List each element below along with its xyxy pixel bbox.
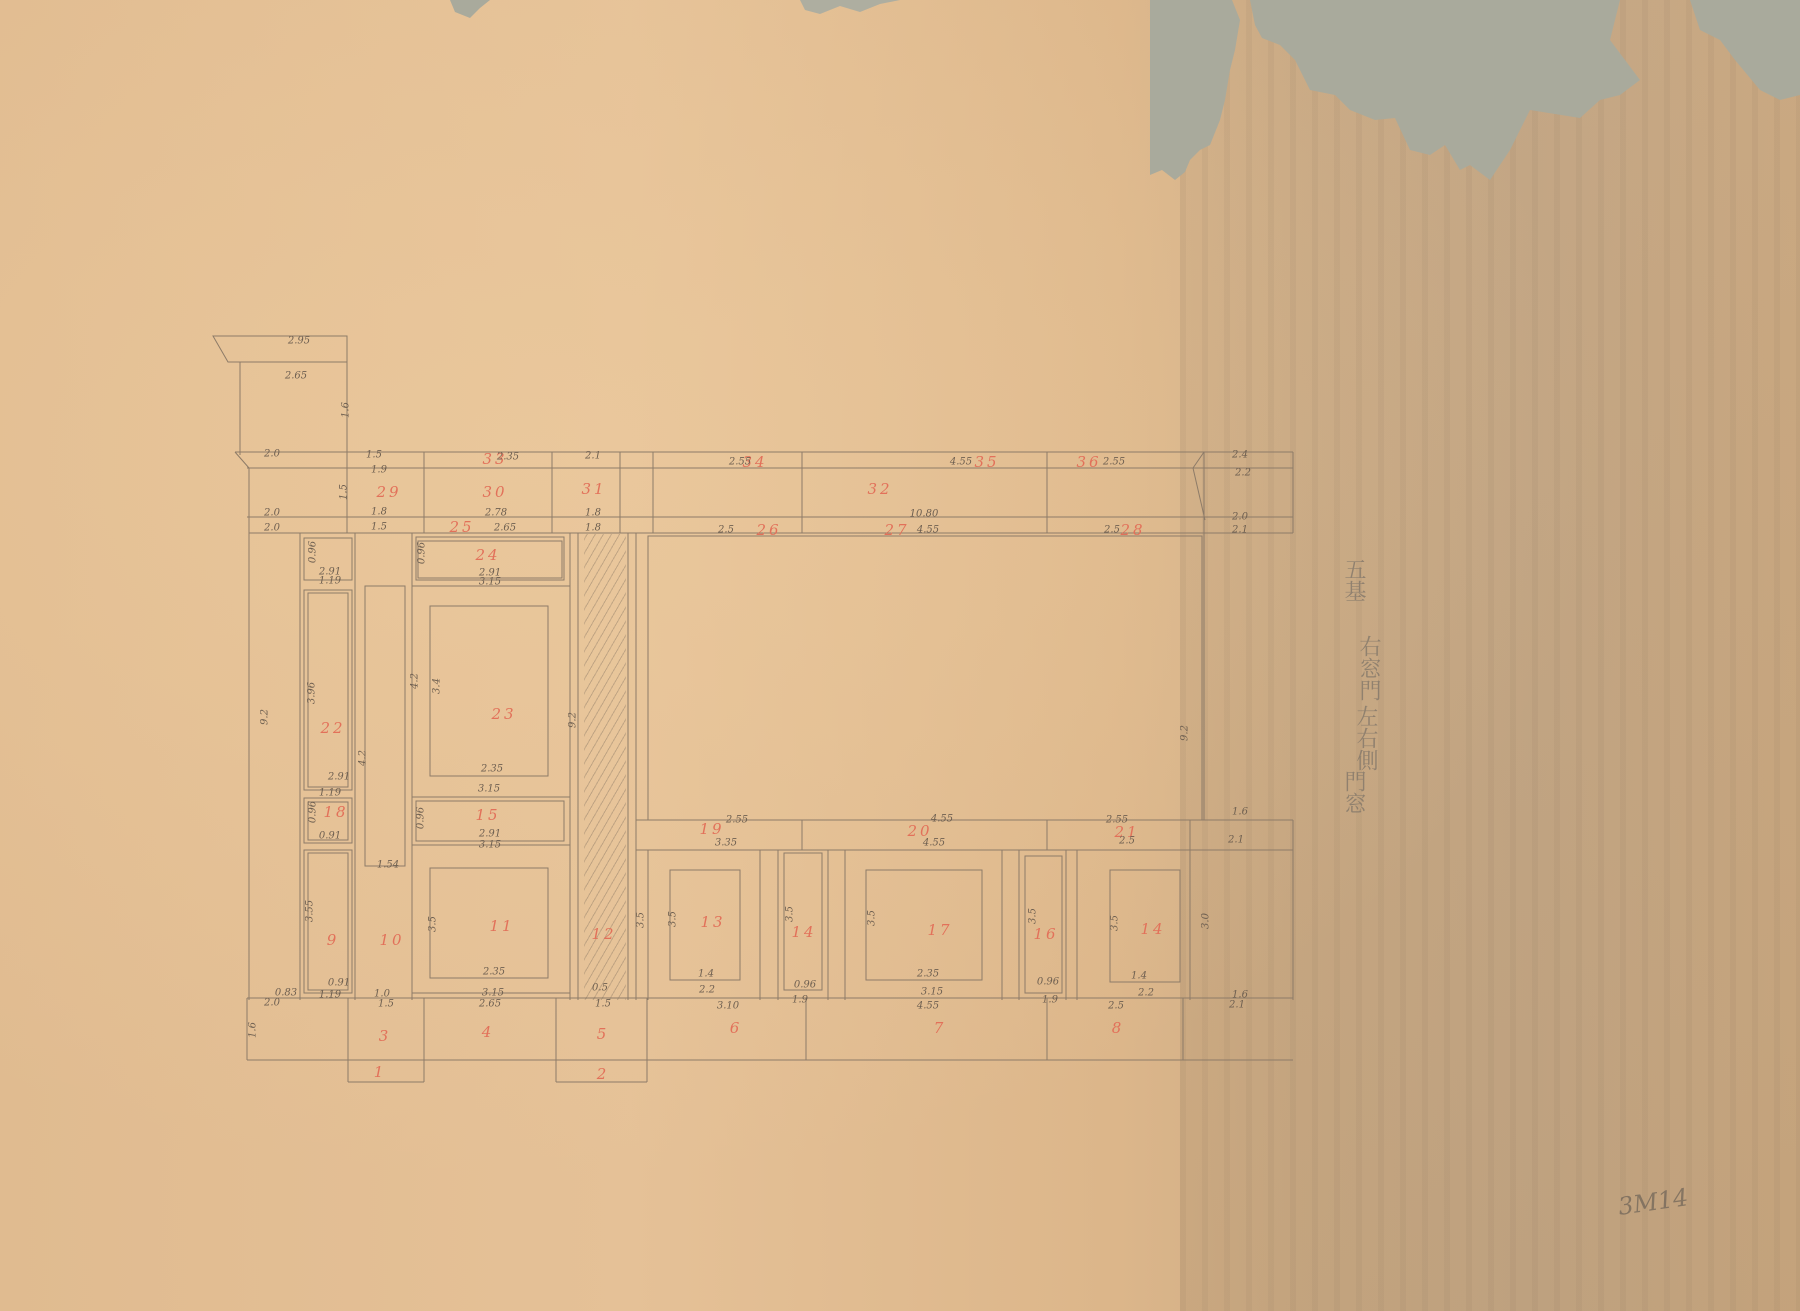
part-number-label: 6 — [730, 1019, 743, 1037]
dimension-label: 2.0 — [264, 508, 280, 519]
dimension-label: 3.5 — [636, 912, 647, 928]
dimension-label: 2.91 — [328, 772, 350, 783]
part-number-label: 12 — [591, 925, 616, 943]
dimension-label: 2.1 — [1232, 525, 1248, 536]
part-number-label: 36 — [1076, 453, 1101, 471]
dimension-label: 1.9 — [1042, 995, 1058, 1006]
dimension-label: 2.55 — [726, 815, 748, 826]
dimension-label: 2.55 — [729, 457, 751, 468]
dimension-label: 1.6 — [248, 1022, 259, 1038]
part-number-label: 7 — [934, 1019, 947, 1037]
part-number-label: 14 — [1140, 920, 1165, 938]
dimension-label: 2.5 — [718, 525, 734, 536]
dimension-label: 2.1 — [1228, 835, 1244, 846]
dimension-label: 1.19 — [319, 990, 341, 1001]
dimension-label: 1.6 — [1232, 807, 1248, 818]
part-number-label: 5 — [597, 1025, 610, 1043]
dimension-label: 4.55 — [931, 814, 953, 825]
dimension-label: 2.78 — [485, 508, 507, 519]
dimension-label: 2.1 — [1229, 1000, 1245, 1011]
dimension-label: 2.95 — [288, 336, 310, 347]
dimension-label: 1.5 — [595, 999, 611, 1010]
part-number-label: 15 — [475, 806, 500, 824]
dimension-label: 3.5 — [1110, 915, 1121, 931]
dimension-label: 2.35 — [481, 764, 503, 775]
dimension-label: 3.5 — [867, 910, 878, 926]
dimension-label: 2.91 — [479, 829, 501, 840]
kanji-annotation: 左右側 — [1350, 705, 1381, 771]
dimension-label: 0.5 — [592, 983, 608, 994]
dimension-label: 1.4 — [698, 969, 714, 980]
dimension-label: 2.35 — [917, 969, 939, 980]
dimension-label: 3.15 — [478, 784, 500, 795]
dimension-label: 3.35 — [715, 838, 737, 849]
dimension-label: 1.5 — [371, 522, 387, 533]
dimension-label: 1.19 — [319, 788, 341, 799]
kanji-annotation: 五基 — [1338, 558, 1369, 602]
elevation-linework — [0, 0, 1800, 1311]
part-number-label: 18 — [323, 803, 348, 821]
dimension-label: 2.0 — [264, 523, 280, 534]
part-number-label: 31 — [581, 480, 606, 498]
part-number-label: 4 — [482, 1023, 495, 1041]
dimension-label: 1.54 — [377, 860, 399, 871]
dimension-label: 3.10 — [717, 1001, 739, 1012]
part-number-label: 29 — [376, 483, 401, 501]
dimension-label: 2.1 — [585, 451, 601, 462]
part-number-label: 24 — [475, 546, 500, 564]
part-number-label: 1 — [374, 1063, 387, 1081]
dimension-label: 9.2 — [1180, 725, 1191, 741]
dimension-label: 0.96 — [417, 542, 428, 564]
dimension-label: 4.55 — [917, 1001, 939, 1012]
part-number-label: 8 — [1112, 1019, 1125, 1037]
part-number-label: 3 — [379, 1027, 392, 1045]
dimension-label: 2.0 — [264, 449, 280, 460]
part-number-label: 16 — [1033, 925, 1058, 943]
dimension-label: 3.5 — [1028, 908, 1039, 924]
dimension-label: 4.2 — [358, 750, 369, 766]
dimension-label: 1.8 — [371, 507, 387, 518]
part-number-label: 17 — [927, 921, 952, 939]
part-number-label: 30 — [482, 483, 507, 501]
part-number-label: 27 — [884, 521, 909, 539]
dimension-label: 0.96 — [308, 801, 319, 823]
dimension-label: 1.5 — [366, 450, 382, 461]
dimension-label: 1.8 — [585, 508, 601, 519]
part-number-label: 26 — [756, 521, 781, 539]
dimension-label: 3.5 — [428, 916, 439, 932]
dimension-label: 2.55 — [1103, 457, 1125, 468]
dimension-label: 2.0 — [264, 998, 280, 1009]
part-number-label: 28 — [1120, 521, 1145, 539]
dimension-label: 1.8 — [585, 523, 601, 534]
dimension-label: 3.5 — [668, 911, 679, 927]
dimension-label: 3.15 — [479, 577, 501, 588]
dimension-label: 10.80 — [910, 509, 939, 520]
dimension-label: 3.15 — [479, 840, 501, 851]
dimension-label: 0.96 — [308, 541, 319, 563]
dimension-label: 0.96 — [1037, 977, 1059, 988]
dimension-label: 3.96 — [307, 682, 318, 704]
dimension-label: 0.96 — [416, 807, 427, 829]
part-number-label: 32 — [867, 480, 892, 498]
dimension-label: 4.55 — [923, 838, 945, 849]
dimension-label: 0.96 — [794, 980, 816, 991]
part-number-label: 10 — [379, 931, 404, 949]
kanji-annotation: 門窓 — [1338, 770, 1369, 814]
dimension-label: 0.91 — [328, 978, 350, 989]
dimension-label: 2.0 — [1232, 512, 1248, 523]
dimension-label: 3.55 — [305, 900, 316, 922]
dimension-label: 2.2 — [1235, 468, 1251, 479]
dimension-label: 1.4 — [1131, 971, 1147, 982]
dimension-label: 4.55 — [950, 457, 972, 468]
part-number-label: 19 — [699, 820, 724, 838]
kanji-annotation: 右窓門 — [1353, 635, 1384, 701]
dimension-label: 2.5 — [1108, 1001, 1124, 1012]
dimension-label: 2.2 — [699, 985, 715, 996]
dimension-label: 3.4 — [432, 678, 443, 694]
dimension-label: 2.55 — [1106, 815, 1128, 826]
dimension-label: 1.9 — [371, 465, 387, 476]
dimension-label: 1.6 — [341, 402, 352, 418]
dimension-label: 3.15 — [482, 988, 504, 999]
part-number-label: 9 — [327, 931, 340, 949]
dimension-label: 2.5 — [1119, 836, 1135, 847]
dimension-label: 1.5 — [339, 484, 350, 500]
part-number-label: 14 — [791, 923, 816, 941]
dimension-label: 4.2 — [410, 673, 421, 689]
part-number-label: 11 — [489, 917, 514, 935]
dimension-label: 9.2 — [260, 709, 271, 725]
dimension-label: 3.0 — [1201, 913, 1212, 929]
dimension-label: 1.9 — [792, 995, 808, 1006]
part-number-label: 23 — [491, 705, 516, 723]
part-number-label: 22 — [320, 719, 345, 737]
dimension-label: 1.19 — [319, 576, 341, 587]
dimension-label: 2.5 — [1104, 525, 1120, 536]
dimension-label: 2.4 — [1232, 450, 1248, 461]
dimension-label: 1.5 — [378, 999, 394, 1010]
dimension-label: 2.2 — [1138, 988, 1154, 999]
part-number-label: 25 — [449, 518, 474, 536]
dimension-label: 3.15 — [921, 987, 943, 998]
dimension-label: 9.2 — [568, 712, 579, 728]
dimension-label: 2.35 — [497, 452, 519, 463]
part-number-label: 2 — [597, 1065, 610, 1083]
dimension-label: 2.65 — [494, 523, 516, 534]
dimension-label: 0.91 — [319, 831, 341, 842]
dimension-label: 2.65 — [285, 371, 307, 382]
dimension-label: 4.55 — [917, 525, 939, 536]
dimension-label: 2.65 — [479, 999, 501, 1010]
dimension-label: 3.5 — [785, 906, 796, 922]
part-number-label: 13 — [700, 913, 725, 931]
part-number-label: 35 — [974, 453, 999, 471]
dimension-label: 2.35 — [483, 967, 505, 978]
